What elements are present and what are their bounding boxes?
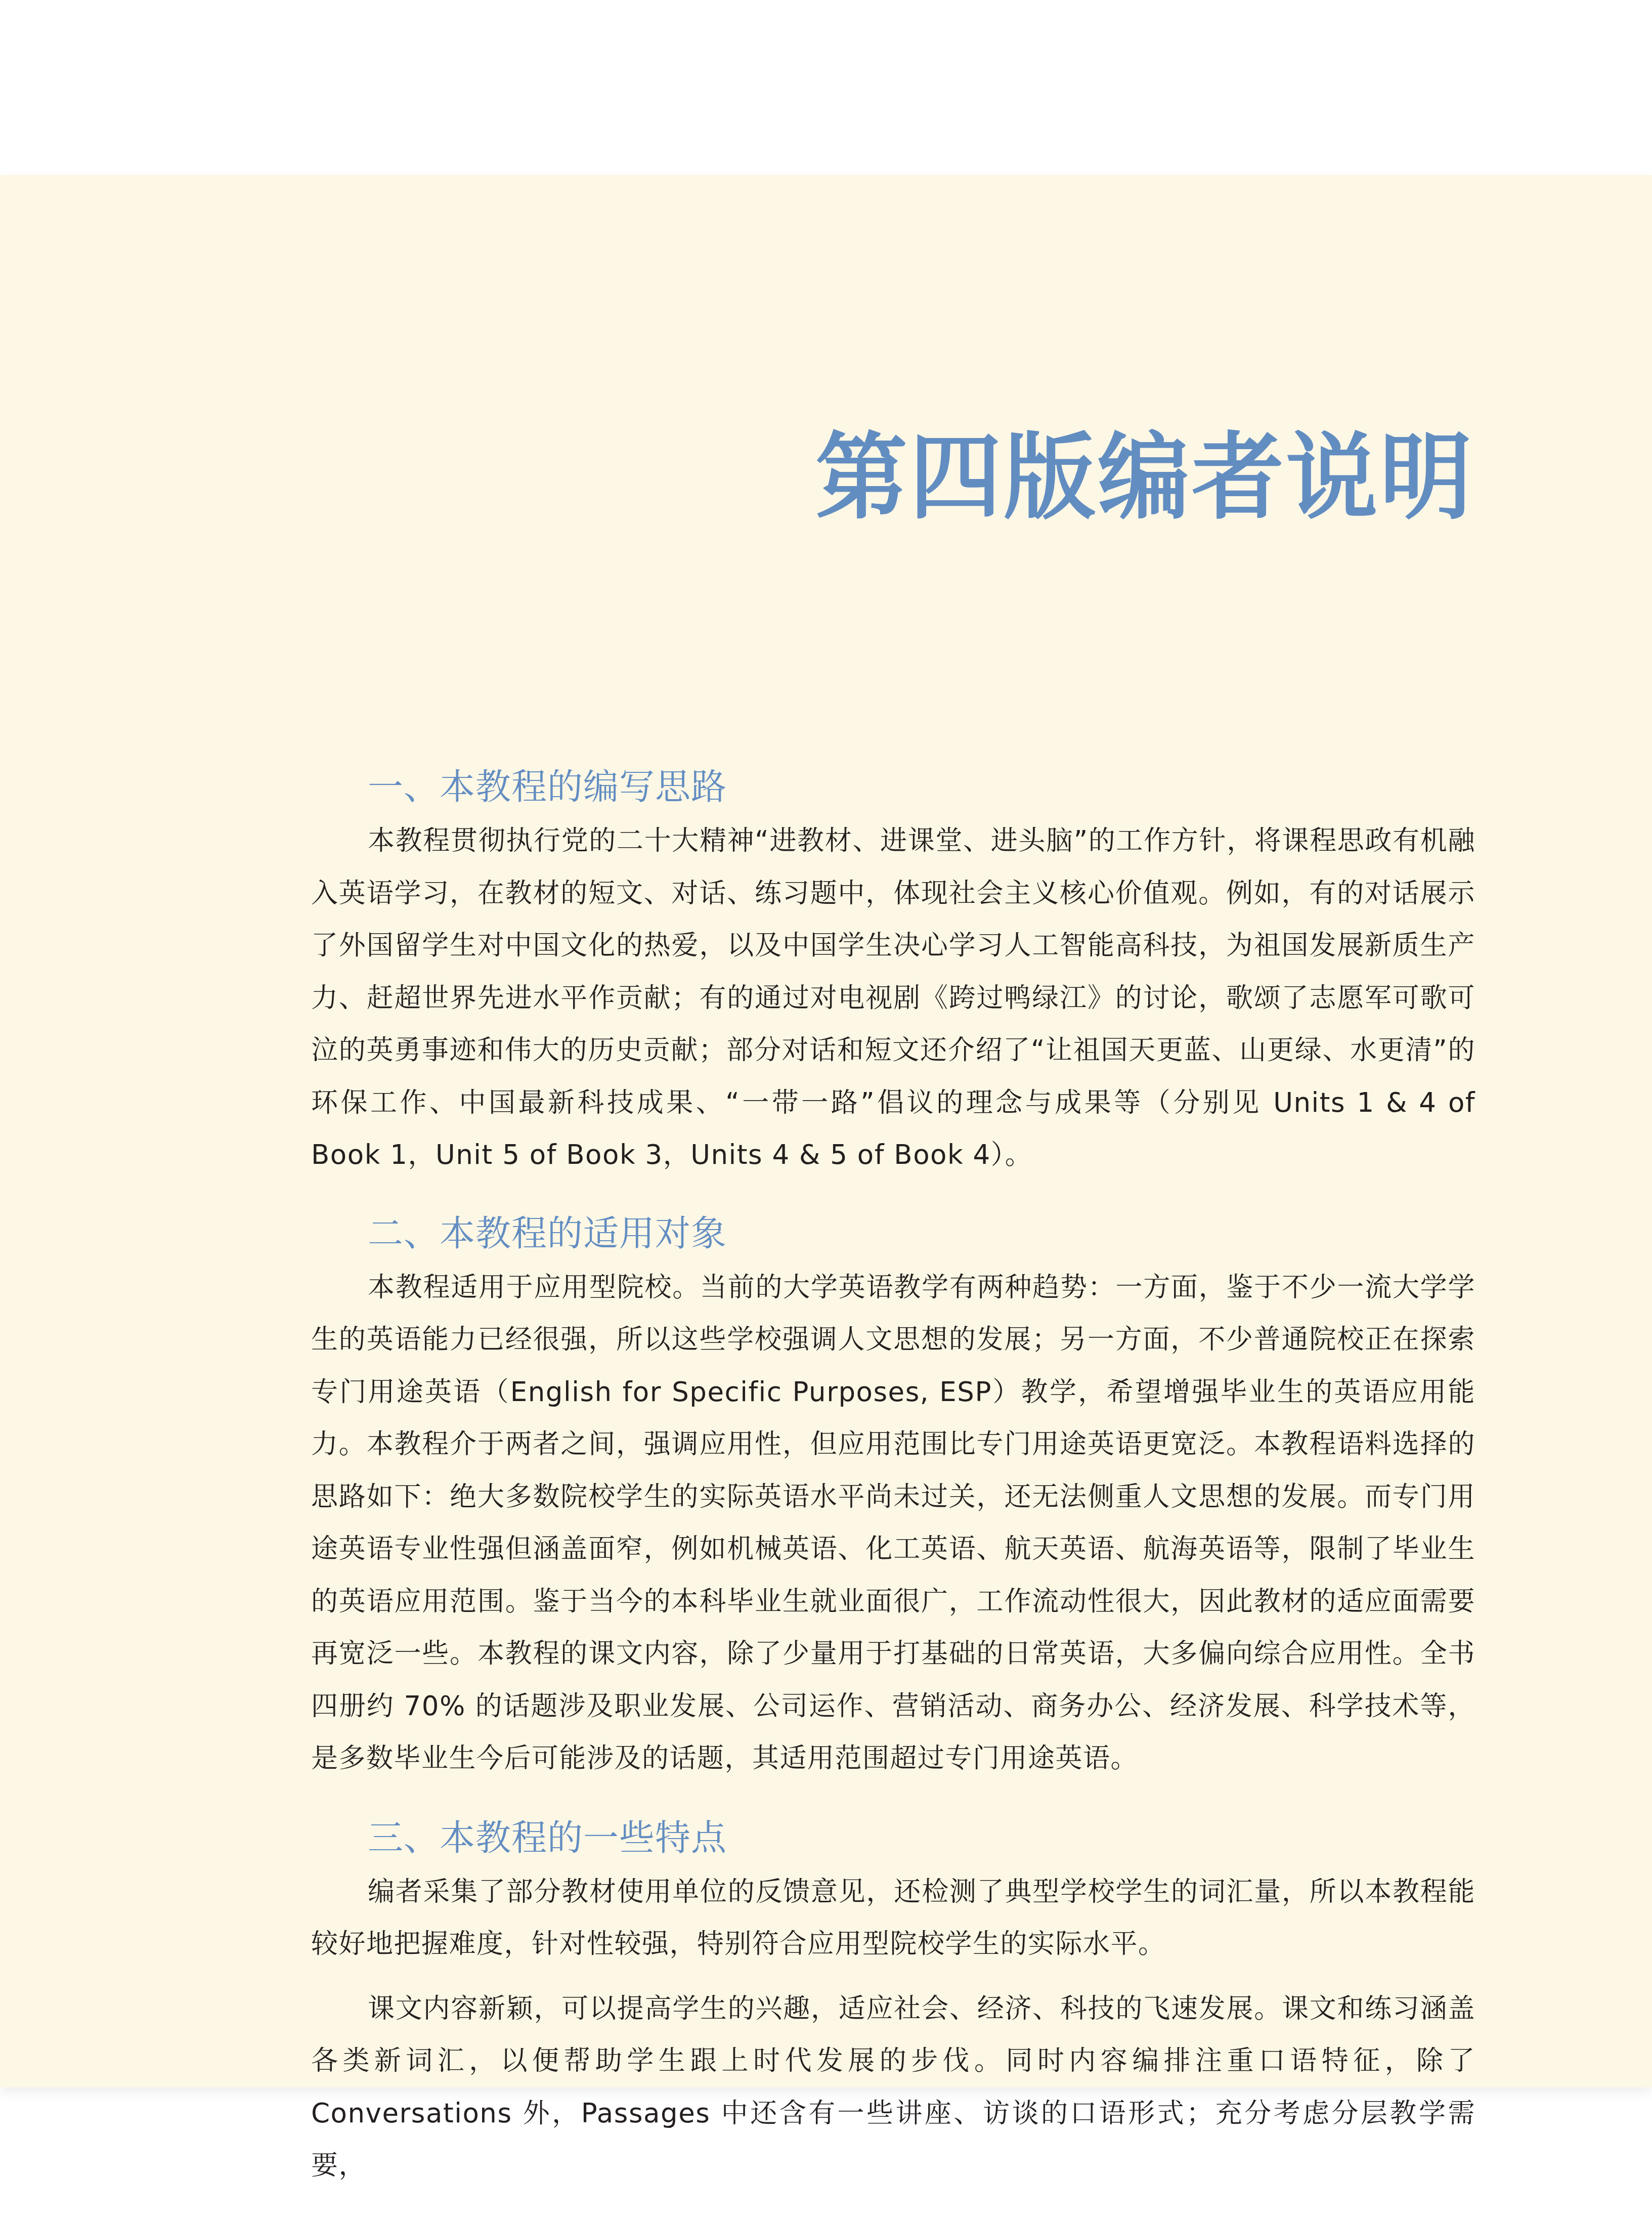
paragraph: 课文内容新颖，可以提高学生的兴趣，适应社会、经济、科技的飞速发展。课文和练习涵盖… — [311, 1983, 1475, 2192]
page-title: 第四版编者说明 — [815, 421, 1474, 534]
section-heading: 一、本教程的编写思路 — [311, 759, 1475, 815]
page-panel: 第四版编者说明 一、本教程的编写思路 本教程贯彻执行党的二十大精神“进教材、进课… — [0, 175, 1652, 2087]
section-writing-approach: 一、本教程的编写思路 本教程贯彻执行党的二十大精神“进教材、进课堂、进头脑”的工… — [311, 759, 1475, 1182]
section-heading: 二、本教程的适用对象 — [311, 1206, 1475, 1261]
paragraph: 本教程贯彻执行党的二十大精神“进教材、进课堂、进头脑”的工作方针，将课程思政有机… — [311, 815, 1475, 1182]
section-heading: 三、本教程的一些特点 — [311, 1810, 1475, 1866]
paragraph: 编者采集了部分教材使用单位的反馈意见，还检测了典型学校学生的词汇量，所以本教程能… — [311, 1866, 1475, 1971]
paragraph: 本教程适用于应用型院校。当前的大学英语教学有两种趋势：一方面，鉴于不少一流大学学… — [311, 1261, 1475, 1785]
section-target-audience: 二、本教程的适用对象 本教程适用于应用型院校。当前的大学英语教学有两种趋势：一方… — [311, 1206, 1475, 1785]
document-body: 一、本教程的编写思路 本教程贯彻执行党的二十大精神“进教材、进课堂、进头脑”的工… — [311, 759, 1475, 2192]
section-features: 三、本教程的一些特点 编者采集了部分教材使用单位的反馈意见，还检测了典型学校学生… — [311, 1810, 1475, 2192]
